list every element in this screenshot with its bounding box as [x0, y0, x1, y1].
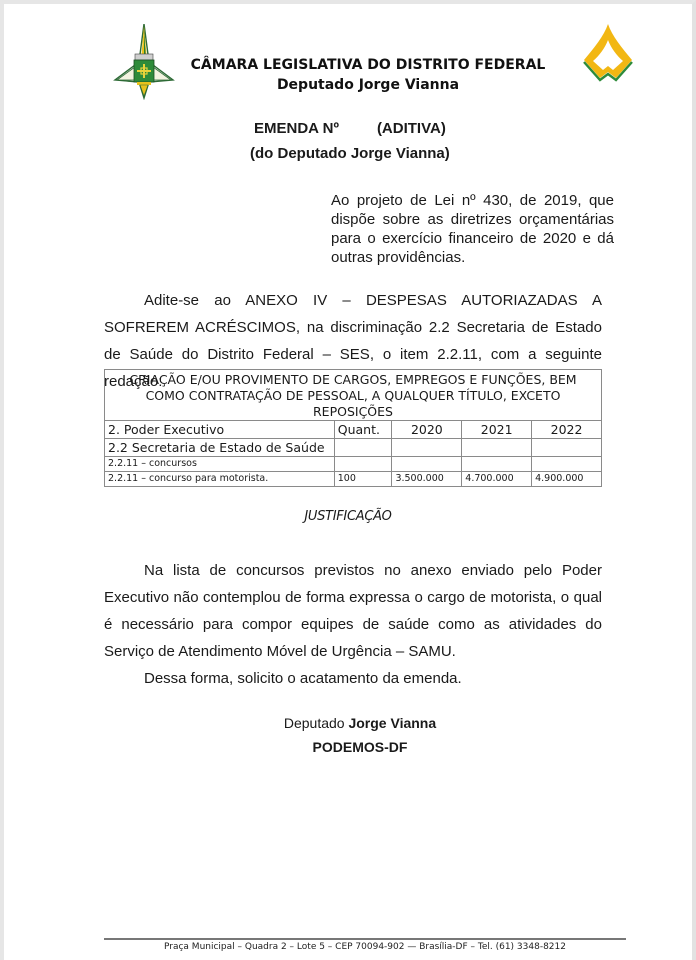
deputy-office: Deputado Jorge Vianna — [150, 75, 586, 95]
col-header-2021: 2021 — [462, 421, 532, 439]
amendment-table: CRIAÇÃO E/OU PROVIMENTO DE CARGOS, EMPRE… — [104, 369, 602, 487]
row-desc: 2.2 Secretaria de Estado de Saúde — [105, 439, 335, 457]
table-row: 2.2.11 – concursos — [105, 457, 602, 472]
row-2020 — [392, 439, 462, 457]
row-2021 — [462, 439, 532, 457]
row-qty — [334, 439, 392, 457]
table-title: CRIAÇÃO E/OU PROVIMENTO DE CARGOS, EMPRE… — [105, 370, 602, 421]
row-desc: 2.2.11 – concursos — [105, 457, 335, 472]
table-row: 2.2.11 – concurso para motorista. 100 3.… — [105, 472, 602, 487]
signature-party: PODEMOS-DF — [0, 735, 696, 759]
amendment-type: (ADITIVA) — [377, 120, 446, 137]
row-desc: 2.2.11 – concurso para motorista. — [105, 472, 335, 487]
row-qty — [334, 457, 392, 472]
row-2021 — [462, 457, 532, 472]
col-header-desc: 2. Poder Executivo — [105, 421, 335, 439]
justification-heading: JUSTIFICAÇÃO — [0, 508, 696, 526]
amendment-title: EMENDA Nº(ADITIVA) — [254, 119, 446, 139]
amendment-author: (do Deputado Jorge Vianna) — [250, 144, 450, 164]
col-header-qty: Quant. — [334, 421, 392, 439]
col-header-2020: 2020 — [392, 421, 462, 439]
cldf-logo-icon — [580, 22, 636, 84]
row-2022 — [532, 439, 602, 457]
justification-paragraph: Na lista de concursos previstos no anexo… — [104, 557, 602, 665]
signature-line: Deputado Jorge Vianna — [0, 711, 696, 735]
table-row: 2.2 Secretaria de Estado de Saúde — [105, 439, 602, 457]
footer-divider — [104, 938, 626, 940]
col-header-2022: 2022 — [532, 421, 602, 439]
signature-prefix: Deputado — [284, 715, 345, 731]
amendment-number-label: EMENDA Nº — [254, 120, 339, 137]
row-2020: 3.500.000 — [392, 472, 462, 487]
row-qty: 100 — [334, 472, 392, 487]
row-2021: 4.700.000 — [462, 472, 532, 487]
table-header-row: 2. Poder Executivo Quant. 2020 2021 2022 — [105, 421, 602, 439]
row-2022 — [532, 457, 602, 472]
ementa: Ao projeto de Lei nº 430, de 2019, que d… — [331, 191, 614, 267]
footer-address: Praça Municipal – Quadra 2 – Lote 5 – CE… — [104, 941, 626, 954]
justification-section: Na lista de concursos previstos no anexo… — [104, 557, 602, 692]
row-2020 — [392, 457, 462, 472]
signature-block: Deputado Jorge Vianna PODEMOS-DF — [0, 711, 696, 759]
institution-name: CÂMARA LEGISLATIVA DO DISTRITO FEDERAL — [150, 55, 586, 75]
signature-name: Jorge Vianna — [348, 715, 436, 731]
justification-paragraph: Dessa forma, solicito o acatamento da em… — [104, 665, 602, 692]
row-2022: 4.900.000 — [532, 472, 602, 487]
